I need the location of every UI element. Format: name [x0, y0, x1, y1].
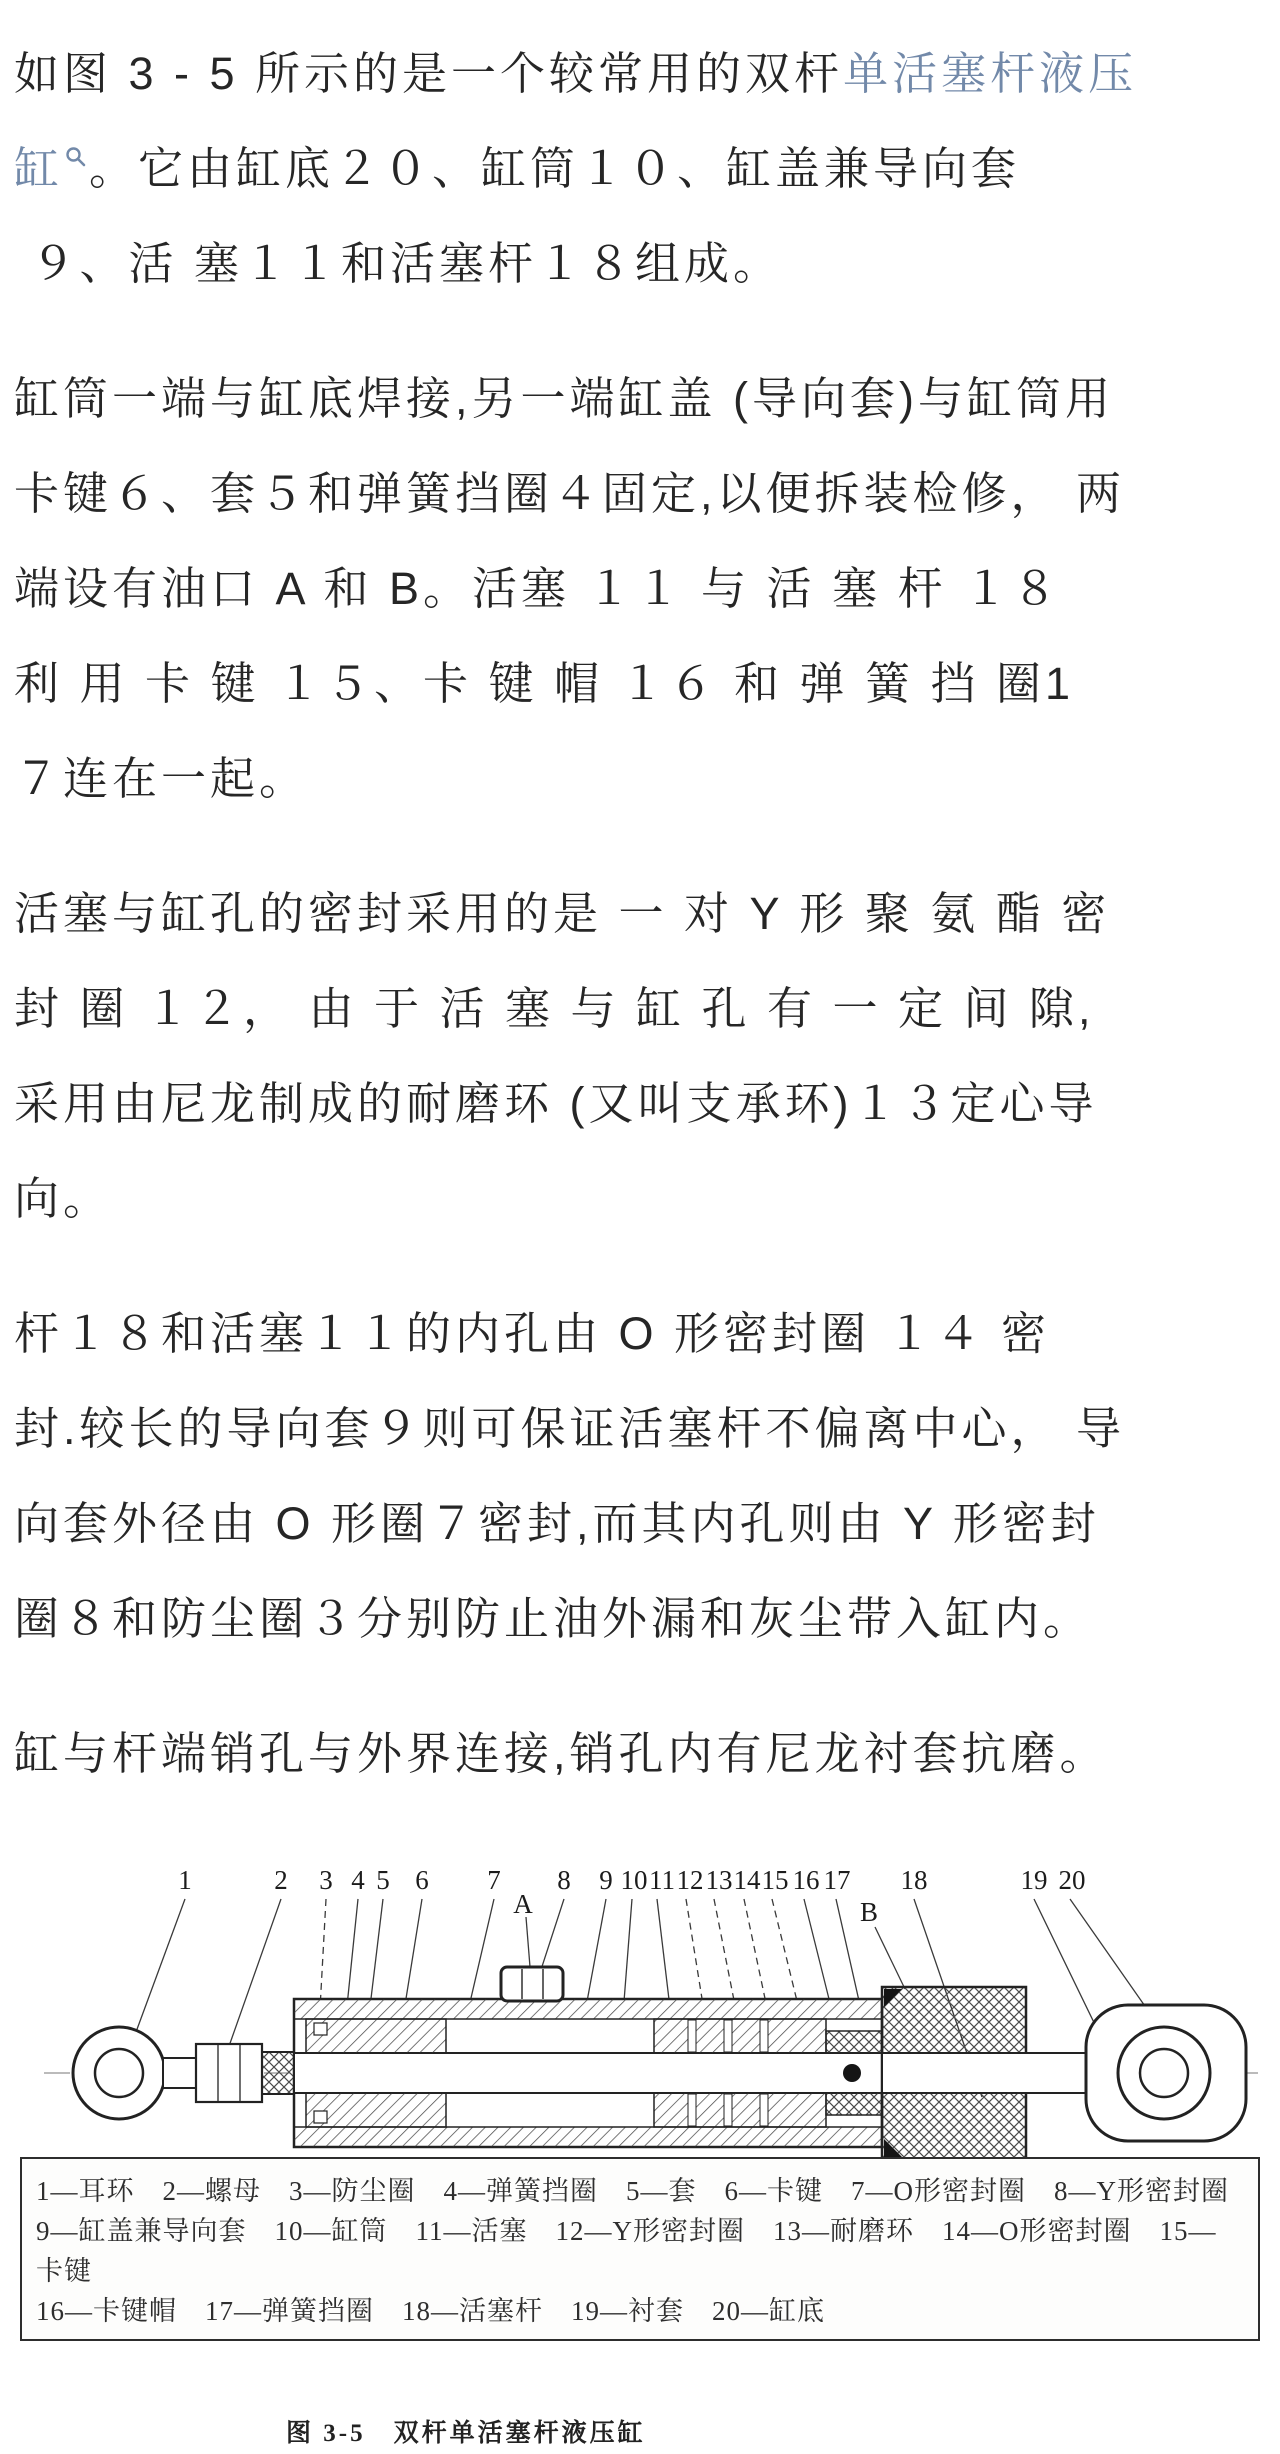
figure-caption: 图 3-5 双杆单活塞杆液压缸	[286, 2413, 1266, 2449]
collar	[262, 2052, 294, 2094]
key-cap-lower	[826, 2093, 882, 2115]
paragraph-4: 杆１８和活塞１１的内孔由 O 形密封圈 １４ 密 封.较长的导向套９则可保证活塞…	[14, 1286, 1266, 1666]
legend-line-2: 9—缸盖兼导向套 10—缸筒 11—活塞 12—Y形密封圈 13—耐磨环 14—…	[36, 2211, 1244, 2291]
callout-12: 12	[677, 1865, 704, 1895]
seal-ring-upper	[314, 2023, 327, 2035]
callout-9: 9	[599, 1865, 613, 1895]
callout-4: 4	[351, 1865, 365, 1895]
callout-14: 14	[734, 1865, 762, 1895]
callout-1: 1	[178, 1865, 192, 1895]
callout-13: 13	[706, 1865, 733, 1895]
callout-3: 3	[319, 1865, 333, 1895]
legend-line-1: 1—耳环 2—螺母 3—防尘圈 4—弹簧挡圈 5—套 6—卡键 7—O形密封圈 …	[36, 2171, 1244, 2211]
callout-A: A	[513, 1889, 533, 1919]
cylinder-drawing: 1 2 3 4 5 6 7 A 8 9 10 11 12 13 14 15 16…	[14, 1847, 1266, 2157]
paragraph-5: 缸与杆端销孔与外界连接,销孔内有尼龙衬套抗磨。	[14, 1706, 1266, 1801]
nut	[196, 2044, 262, 2102]
key-dot	[843, 2064, 861, 2082]
paragraph-3: 活塞与缸孔的密封采用的是 一 对 Y 形 聚 氨 酯 密 封 圈 １２， 由 于…	[14, 866, 1266, 1246]
legend-line-3: 16—卡键帽 17—弹簧挡圈 18—活塞杆 19—衬套 20—缸底	[36, 2291, 1244, 2331]
paragraph-1: 如图 3 - 5 所示的是一个较常用的双杆单活塞杆液压 缸。它由缸底２０、缸筒１…	[14, 26, 1266, 311]
article-body: 如图 3 - 5 所示的是一个较常用的双杆单活塞杆液压 缸。它由缸底２０、缸筒１…	[14, 26, 1266, 1801]
callout-6: 6	[415, 1865, 429, 1895]
callout-B: B	[860, 1897, 878, 1927]
barrel-wall-bottom	[294, 2127, 882, 2147]
barrel-wall-top	[294, 1999, 882, 2019]
port-a	[501, 1967, 563, 2001]
rod-through-head	[882, 2053, 1086, 2093]
left-eye-hole	[95, 2049, 143, 2097]
callout-16: 16	[793, 1865, 820, 1895]
term-link[interactable]: 单活塞杆液压	[843, 48, 1137, 99]
term-link-wrap[interactable]: 缸	[14, 143, 63, 194]
rod-neck	[163, 2058, 196, 2088]
callout-2: 2	[274, 1865, 288, 1895]
callout-8: 8	[557, 1865, 571, 1895]
right-eye-hole	[1140, 2049, 1188, 2097]
callout-10: 10	[621, 1865, 648, 1895]
callout-5: 5	[376, 1865, 390, 1895]
seal-ring-lower	[314, 2111, 327, 2123]
piston-lower	[654, 2093, 826, 2127]
callout-11: 11	[649, 1865, 675, 1895]
paragraph-2: 缸筒一端与缸底焊接,另一端缸盖 (导向套)与缸筒用 卡键６、套５和弹簧挡圈４固定…	[14, 351, 1266, 826]
callout-15: 15	[762, 1865, 789, 1895]
callout-17: 17	[824, 1865, 851, 1895]
legend-box: 1—耳环 2—螺母 3—防尘圈 4—弹簧挡圈 5—套 6—卡键 7—O形密封圈 …	[20, 2157, 1260, 2341]
callout-7: 7	[487, 1865, 501, 1895]
key-cap-upper	[826, 2031, 882, 2053]
search-icon[interactable]	[65, 146, 87, 168]
callout-18: 18	[901, 1865, 928, 1895]
callout-20: 20	[1059, 1865, 1086, 1895]
paragraph-1-pre: 如图 3 - 5 所示的是一个较常用的双杆	[14, 48, 843, 99]
piston-upper	[654, 2019, 826, 2053]
cylinder-diagram: 1 2 3 4 5 6 7 A 8 9 10 11 12 13 14 15 16…	[14, 1847, 1266, 2157]
paragraph-1-post: 。它由缸底２０、缸筒１０、缸盖兼导向套 ９、活 塞１１和活塞杆１８组成。	[14, 143, 1020, 289]
callout-19: 19	[1021, 1865, 1048, 1895]
